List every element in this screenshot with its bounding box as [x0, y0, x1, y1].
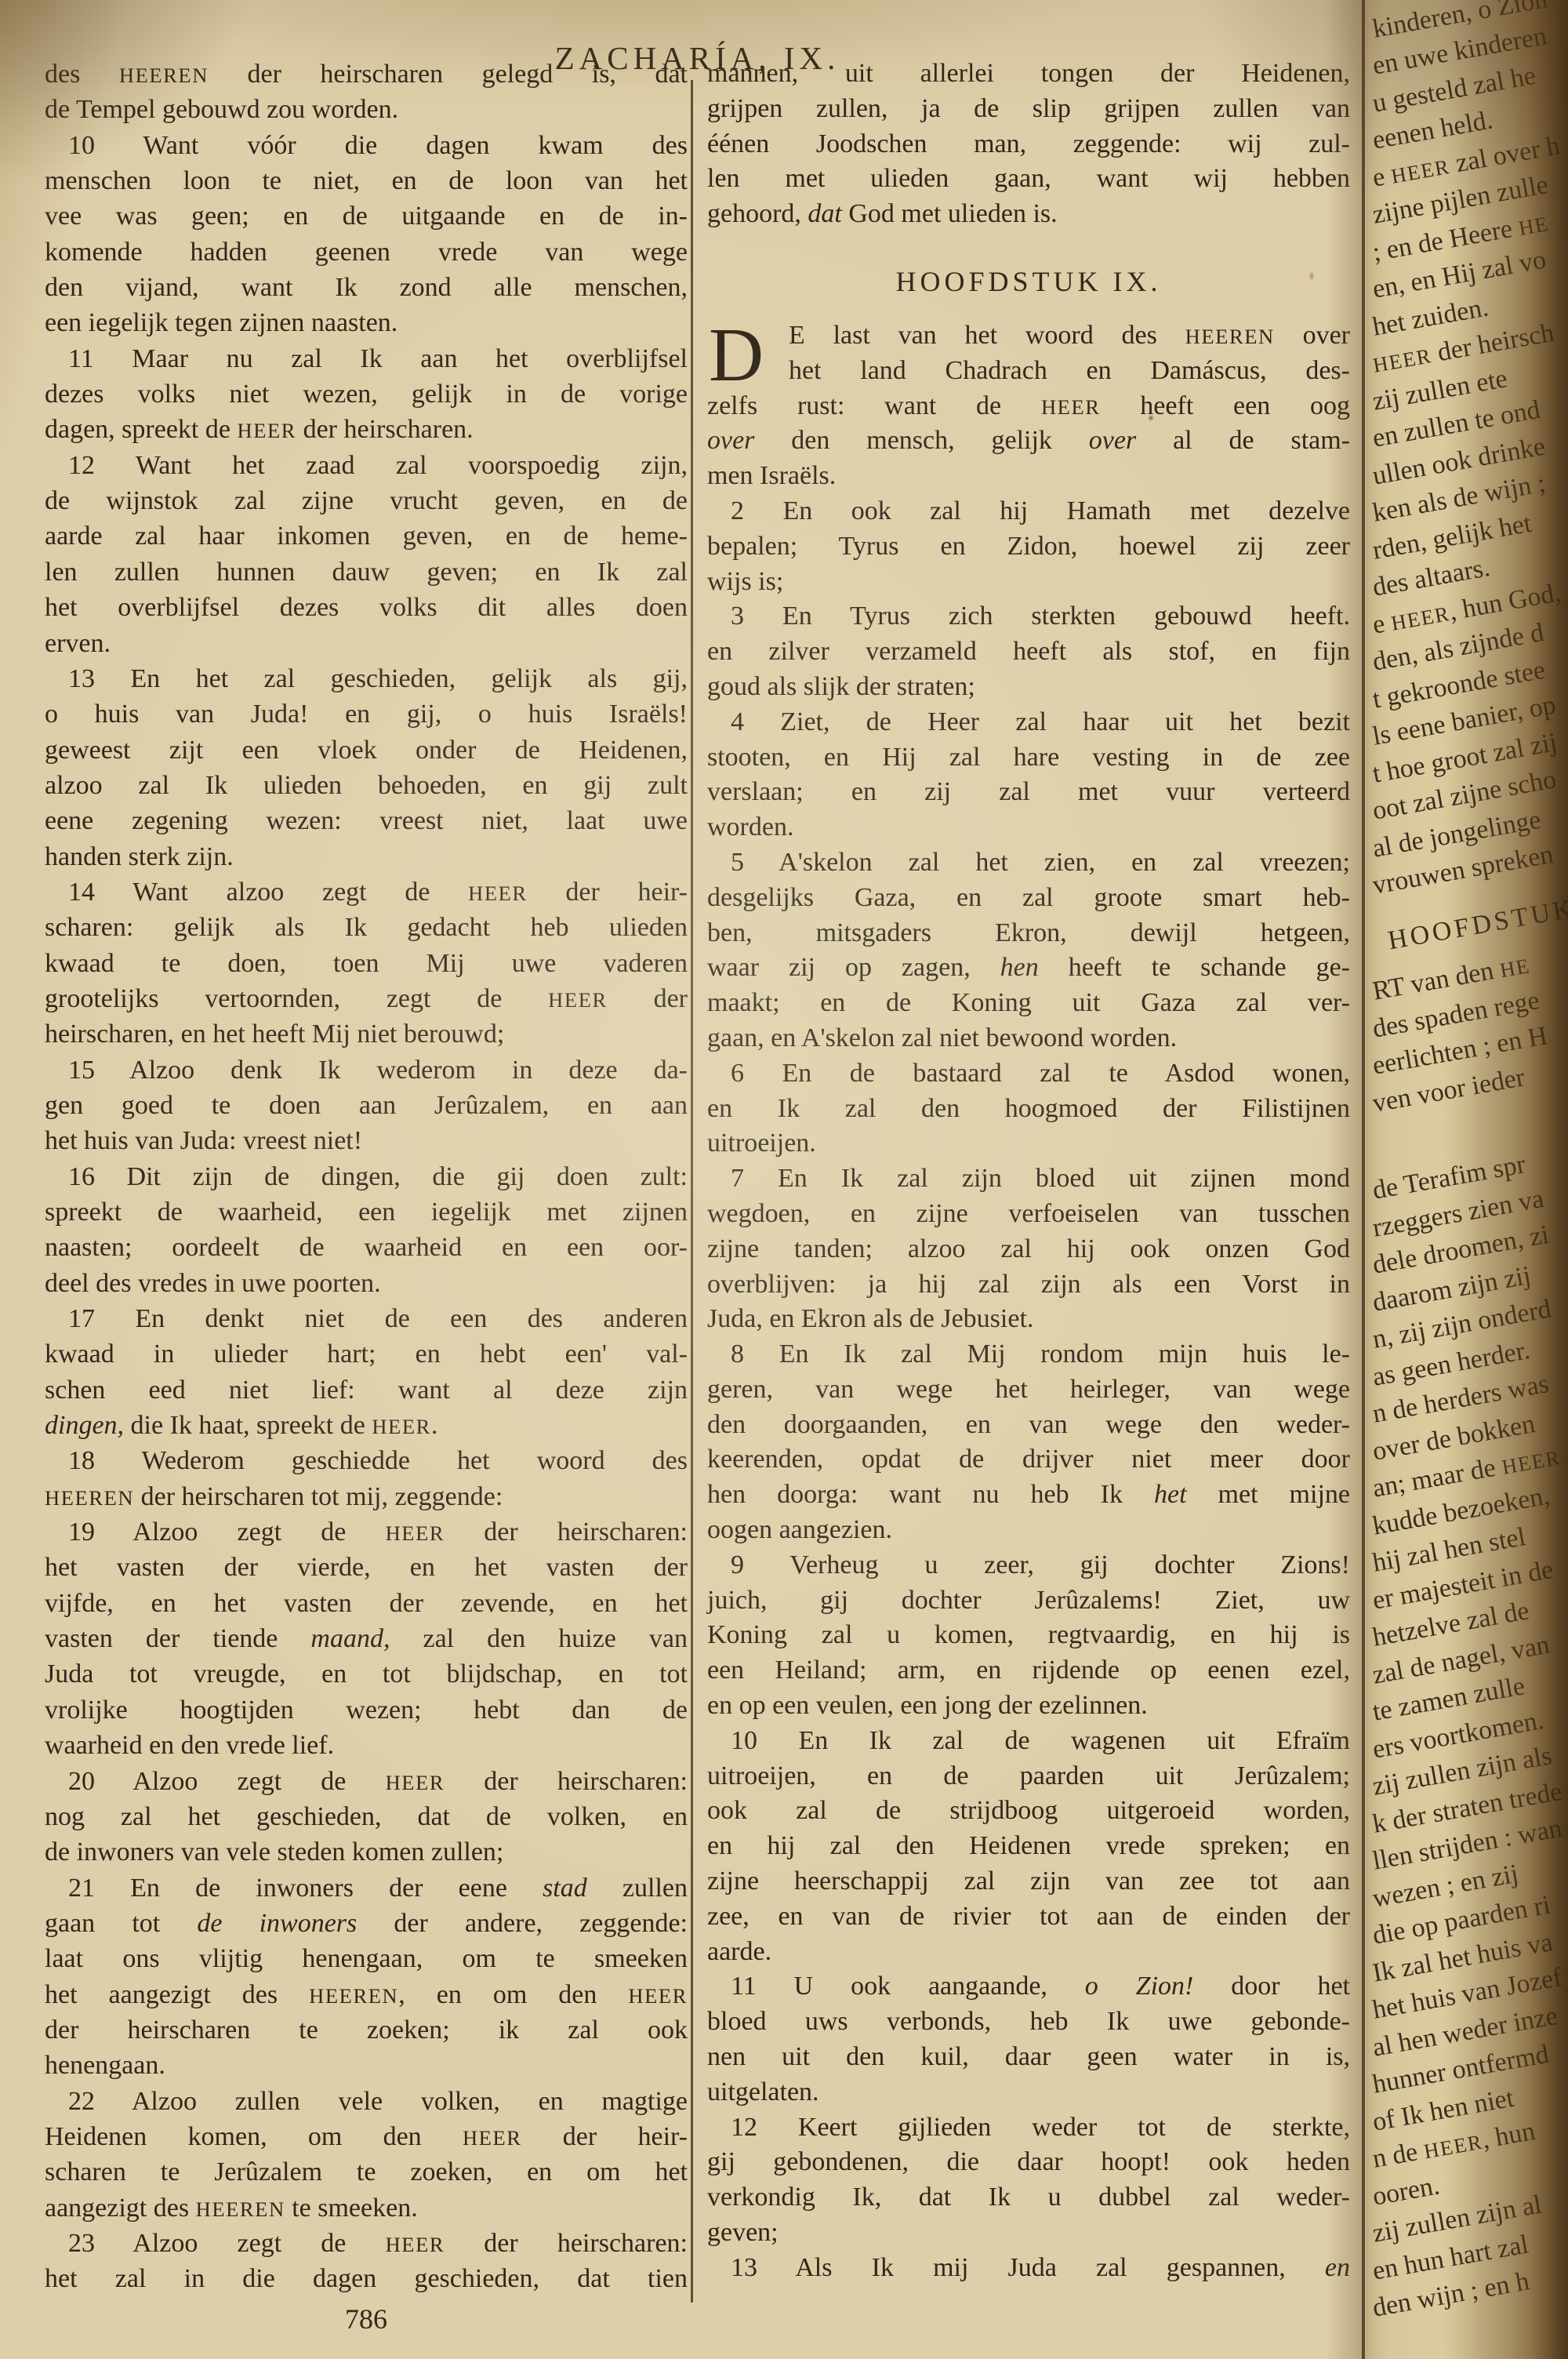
middle-column-line: wijs is;	[707, 565, 1350, 600]
left-column-line: naasten; oordeelt de waarheid en een oor…	[45, 1230, 688, 1265]
middle-column-line: waar zij op zagen, hen heeft te schande …	[707, 951, 1350, 986]
book-page-scan: ZACHARÍA, IX. des HEEREN der heirscharen…	[0, 0, 1568, 2359]
middle-column-line: uitroeijen.	[707, 1126, 1350, 1161]
middle-column-intro: mannen, uit allerlei tongen der Heidenen…	[707, 56, 1350, 232]
left-column-line: henengaan.	[45, 2048, 688, 2083]
left-column-line: nog zal het geschieden, dat de volken, e…	[45, 1799, 688, 1834]
middle-column-line: het land Chadrach en Damáscus, des-	[707, 354, 1350, 389]
middle-column-line: een Heiland; arm, en rijdende op eenen e…	[707, 1653, 1350, 1688]
middle-column-line: keerenden, opdat de drijver niet meer do…	[707, 1442, 1350, 1478]
left-column-line: deel des vredes in uwe poorten.	[45, 1266, 688, 1301]
middle-column-line: den doorgaanden, en van wege den weder-	[707, 1408, 1350, 1443]
left-column-line: 15 Alzoo denk Ik wederom in deze da-	[45, 1052, 688, 1088]
left-column-line: de Tempel gebouwd zou worden.	[45, 92, 688, 127]
middle-column-line: zee, en van de rivier tot aan de einden …	[707, 1899, 1350, 1935]
left-column-line: 16 Dit zijn de dingen, die gij doen zult…	[45, 1159, 688, 1194]
small-caps-word: HEER	[548, 988, 608, 1012]
left-column-line: vee was geen; en de uitgaande en de in-	[45, 198, 688, 234]
left-column-line: vasten der tiende maand, zal den huize v…	[45, 1621, 688, 1656]
left-column-line: aangezigt des HEEREN te smeeken.	[45, 2190, 688, 2226]
left-column-line: 14 Want alzoo zegt de HEER der heir-	[45, 874, 688, 910]
page-edge-rule	[1362, 0, 1365, 2359]
middle-column-line: hen doorga: want nu heb Ik het met mijne	[707, 1478, 1350, 1513]
middle-column-line: 5 A'skelon zal het zien, en zal vreezen;	[707, 845, 1350, 881]
middle-column-line: aarde.	[707, 1935, 1350, 1970]
left-column-line: scharen te Jerûzalem te zoeken, en om he…	[45, 2154, 688, 2190]
middle-column-line: Koning zal u komen, regtvaardig, en hij …	[707, 1618, 1350, 1653]
middle-column-line: gaan, en A'skelon zal niet bewoond worde…	[707, 1021, 1350, 1056]
left-column-line: vrolijke hoogtijden wezen; hebt dan de	[45, 1692, 688, 1728]
left-column-line: kwaad in ulieder hart; en hebt een' val-	[45, 1336, 688, 1372]
left-column-line: de inwoners van vele steden komen zullen…	[45, 1834, 688, 1870]
left-column-line: Heidenen komen, om den HEER der heir-	[45, 2119, 688, 2154]
middle-column-line: 4 Ziet, de Heer zal haar uit het bezit	[707, 705, 1350, 740]
small-caps-word: HEER	[386, 2233, 445, 2256]
middle-column-line: gehoord, dat God met ulieden is.	[707, 197, 1350, 232]
left-column-line: komende hadden geenen vrede van wege	[45, 234, 688, 270]
middle-column-line: zijne tanden; alzoo zal hij ook onzen Go…	[707, 1232, 1350, 1267]
middle-column-line: men Israëls.	[707, 459, 1350, 494]
small-caps-word: HEEREN	[309, 1984, 398, 2008]
middle-column-line: wegdoen, en zijne verfoeiselen van tussc…	[707, 1197, 1350, 1232]
small-caps-word: HEER	[1389, 602, 1452, 635]
left-column-line: laat ons vlijtig henengaan, om te smeeke…	[45, 1941, 688, 1976]
left-column-line: 10 Want vóór die dagen kwam des	[45, 128, 688, 163]
middle-column-line: over den mensch, gelijk over al de stam-	[707, 423, 1350, 459]
middle-column-line: juich, gij dochter Jerûzalems! Ziet, uw	[707, 1583, 1350, 1619]
middle-column-line: 2 En ook zal hij Hamath met dezelve	[707, 494, 1350, 529]
small-caps-word: HEEREN	[1185, 325, 1275, 348]
small-caps-word: HEER	[1041, 395, 1101, 419]
left-column-line: het zal in die dagen geschieden, dat tie…	[45, 2261, 688, 2296]
small-caps-word: HEER	[1371, 343, 1434, 377]
left-column-line: 11 Maar nu zal Ik aan het overblijfsel	[45, 341, 688, 376]
left-column-line: het huis van Juda: vreest niet!	[45, 1123, 688, 1158]
left-column-line: erven.	[45, 626, 688, 661]
small-caps-word: HEER	[1389, 154, 1452, 188]
middle-column-line: en Ik zal den hoogmoed der Filistijnen	[707, 1092, 1350, 1127]
small-caps-word: HEER	[386, 1771, 445, 1794]
middle-column-line: Juda, en Ekron als de Jebusiet.	[707, 1302, 1350, 1337]
small-caps-word: HEER	[468, 881, 528, 905]
left-column-line: eene zegening wezen: vreest niet, laat u…	[45, 803, 688, 838]
left-column-line: heirscharen, en het heeft Mij niet berou…	[45, 1016, 688, 1052]
left-column-line: waarheid en den vrede lief.	[45, 1728, 688, 1763]
middle-text-column: mannen, uit allerlei tongen der Heidenen…	[707, 56, 1350, 2286]
left-column-line: scharen: gelijk als Ik gedacht heb ulied…	[45, 910, 688, 945]
middle-column-line: zelfs rust: want de HEER heeft een oog	[707, 389, 1350, 424]
small-caps-word: HE	[1498, 954, 1532, 982]
middle-column-line: 7 En Ik zal zijn bloed uit zijnen mond	[707, 1161, 1350, 1197]
left-column-line: 18 Wederom geschiedde het woord des	[45, 1443, 688, 1478]
small-caps-word: HEER	[1500, 1445, 1563, 1479]
left-column-line: het aangezigt des HEEREN, en om den HEER	[45, 1977, 688, 2012]
left-column-line: schen eed niet lief: want al deze zijn	[45, 1372, 688, 1408]
middle-column-line: oogen aangezien.	[707, 1513, 1350, 1548]
left-column-line: het overblijfsel dezes volks dit alles d…	[45, 590, 688, 625]
small-caps-word: HEER	[628, 1984, 688, 2008]
middle-column-line: geren, van wege het heirleger, van wege	[707, 1372, 1350, 1408]
left-column-line: dezes volks niet wezen, gelijk in de vor…	[45, 376, 688, 412]
left-column-line: vijfde, en het vasten der zevende, en he…	[45, 1586, 688, 1621]
middle-column-line: bloed uws verbonds, heb Ik uwe gebonde-	[707, 2005, 1350, 2040]
middle-column-line: 8 En Ik zal Mij rondom mijn huis le-	[707, 1337, 1350, 1372]
left-column-line: 20 Alzoo zegt de HEER der heirscharen:	[45, 1764, 688, 1799]
middle-column-line: ben, mitsgaders Ekron, dewijl hetgeen,	[707, 916, 1350, 951]
left-column-line: 12 Want het zaad zal voorspoedig zijn,	[45, 448, 688, 483]
left-column-line: o huis van Juda! en gij, o huis Israëls!	[45, 696, 688, 732]
left-column-line: een iegelijk tegen zijnen naasten.	[45, 305, 688, 340]
left-column-line: gaan tot de inwoners der andere, zeggend…	[45, 1906, 688, 1941]
left-column-line: der heirscharen te zoeken; ik zal ook	[45, 2012, 688, 2048]
middle-column-line: overblijven: ja hij zal zijn als een Vor…	[707, 1267, 1350, 1303]
middle-column-line: maakt; en de Koning uit Gaza zal ver-	[707, 986, 1350, 1021]
small-caps-word: HEER	[237, 419, 296, 442]
left-column-line: kwaad te doen, toen Mij uwe vaderen	[45, 946, 688, 981]
middle-column-line: ook zal de strijdboog uitgeroeid worden,	[707, 1794, 1350, 1829]
left-column-line: 21 En de inwoners der eene stad zullen	[45, 1870, 688, 1906]
left-column-line: handen sterk zijn.	[45, 839, 688, 874]
left-text-column: des HEEREN der heirscharen gelegd is, da…	[45, 56, 688, 2297]
chapter-heading: HOOFDSTUK IX.	[707, 265, 1350, 298]
left-column-line: 13 En het zal geschieden, gelijk als gij…	[45, 661, 688, 696]
left-column-line: 19 Alzoo zegt de HEER der heirscharen:	[45, 1514, 688, 1550]
adjacent-page-text-column: den boog zal gkinderen, o Zionen uwe kin…	[1374, 0, 1568, 2328]
small-caps-word: HEER	[386, 1521, 445, 1545]
small-caps-word: HEEREN	[119, 64, 209, 87]
middle-column-line: verkondig Ik, dat Ik u dubbel zal weder-	[707, 2180, 1350, 2215]
middle-column-line: gij gebondenen, die daar hoopt! ook hede…	[707, 2145, 1350, 2180]
middle-column-line: len met ulieden gaan, want wij hebben	[707, 162, 1350, 197]
left-column-line: de wijnstok zal zijne vrucht geven, en d…	[45, 483, 688, 518]
left-column-line: aarde zal haar inkomen geven, en de heme…	[45, 518, 688, 554]
left-column-line: den vijand, want Ik zond alle menschen,	[45, 270, 688, 305]
middle-column-line: stooten, en Hij zal hare vesting in de z…	[707, 740, 1350, 776]
middle-column-line: 9 Verheug u zeer, gij dochter Zions!	[707, 1548, 1350, 1583]
middle-column-line: nen uit den kuil, daar geen water in is,	[707, 2040, 1350, 2075]
left-column-line: alzoo zal Ik ulieden behoeden, en gij zu…	[45, 768, 688, 803]
middle-column-line: desgelijks Gaza, en zal groote smart heb…	[707, 881, 1350, 916]
small-caps-word: HEER	[463, 2126, 522, 2150]
middle-column-line: uitroeijen, en de paarden uit Jerûzalem;	[707, 1759, 1350, 1794]
middle-column-line: 12 Keert gijlieden weder tot de sterkte,	[707, 2110, 1350, 2146]
middle-column-line: en hij zal den Heidenen vrede spreken; e…	[707, 1829, 1350, 1864]
drop-cap-letter: D	[709, 322, 764, 389]
left-column-line: gen goed te doen aan Jerûzalem, en aan	[45, 1088, 688, 1123]
middle-column-line: 3 En Tyrus zich sterkten gebouwd heeft.	[707, 599, 1350, 634]
left-column-line: Juda tot vreugde, en tot blijdschap, en …	[45, 1656, 688, 1692]
middle-column-line: goud als slijk der straten;	[707, 670, 1350, 705]
middle-column-line: worden.	[707, 810, 1350, 845]
middle-column-line: mannen, uit allerlei tongen der Heidenen…	[707, 56, 1350, 92]
middle-column-line: 11 U ook aangaande, o Zion! door het	[707, 1969, 1350, 2005]
middle-column-line: uitgelaten.	[707, 2075, 1350, 2110]
middle-column-line: zijne heerschappij zal zijn van zee tot …	[707, 1864, 1350, 1899]
small-caps-word: HE	[1517, 211, 1551, 239]
middle-column-line: éénen Joodschen man, zeggende: wij zul-	[707, 127, 1350, 162]
left-column-line: dagen, spreekt de HEER der heirscharen.	[45, 412, 688, 447]
left-column-line: dingen, die Ik haat, spreekt de HEER.	[45, 1408, 688, 1443]
left-column-line: 17 En denkt niet de een des anderen	[45, 1301, 688, 1336]
left-column-line: het vasten der vierde, en het vasten der	[45, 1550, 688, 1585]
middle-column-line: bepalen; Tyrus en Zidon, hoewel zij zeer	[707, 529, 1350, 565]
middle-column-line: en zilver verzameld heeft als stof, en f…	[707, 634, 1350, 670]
small-caps-word: HEEREN	[196, 2197, 285, 2221]
middle-column-line: 6 En de bastaard zal te Asdod wonen,	[707, 1056, 1350, 1092]
left-column-line: menschen loon te niet, en de loon van he…	[45, 163, 688, 198]
left-column-line: geweest zijt een vloek onder de Heidenen…	[45, 732, 688, 768]
page-number: 786	[45, 2303, 688, 2335]
middle-column-line: en op een veulen, een jong der ezelinnen…	[707, 1688, 1350, 1724]
left-column-line: grootelijks vertoornden, zegt de HEER de…	[45, 981, 688, 1016]
column-divider-rule	[691, 80, 693, 2303]
middle-column-line: 13 Als Ik mij Juda zal gespannen, en	[707, 2251, 1350, 2286]
small-caps-word: HEER	[372, 1415, 431, 1438]
left-column-line: des HEEREN der heirscharen gelegd is, da…	[45, 56, 688, 92]
middle-column-line: grijpen zullen, ja de slip grijpen zulle…	[707, 92, 1350, 127]
middle-column-body: D E last van het woord des HEEREN overhe…	[707, 318, 1350, 2286]
left-column-line: 23 Alzoo zegt de HEER der heirscharen:	[45, 2226, 688, 2261]
left-column-line: 22 Alzoo zullen vele volken, en magtige	[45, 2084, 688, 2119]
middle-column-line: geven;	[707, 2215, 1350, 2251]
small-caps-word: HEEREN	[45, 1486, 134, 1510]
small-caps-word: HEER	[1422, 2130, 1485, 2164]
middle-column-line: E last van het woord des HEEREN over	[707, 318, 1350, 354]
left-column-line: spreekt de waarheid, een iegelijk met zi…	[45, 1194, 688, 1230]
left-column-line: HEEREN der heirscharen tot mij, zeggende…	[45, 1479, 688, 1514]
middle-column-line: 10 En Ik zal de wagenen uit Efraïm	[707, 1724, 1350, 1759]
left-column-line: len zullen hunnen dauw geven; en Ik zal	[45, 554, 688, 590]
middle-column-line: verslaan; en zij zal met vuur verteerd	[707, 775, 1350, 810]
